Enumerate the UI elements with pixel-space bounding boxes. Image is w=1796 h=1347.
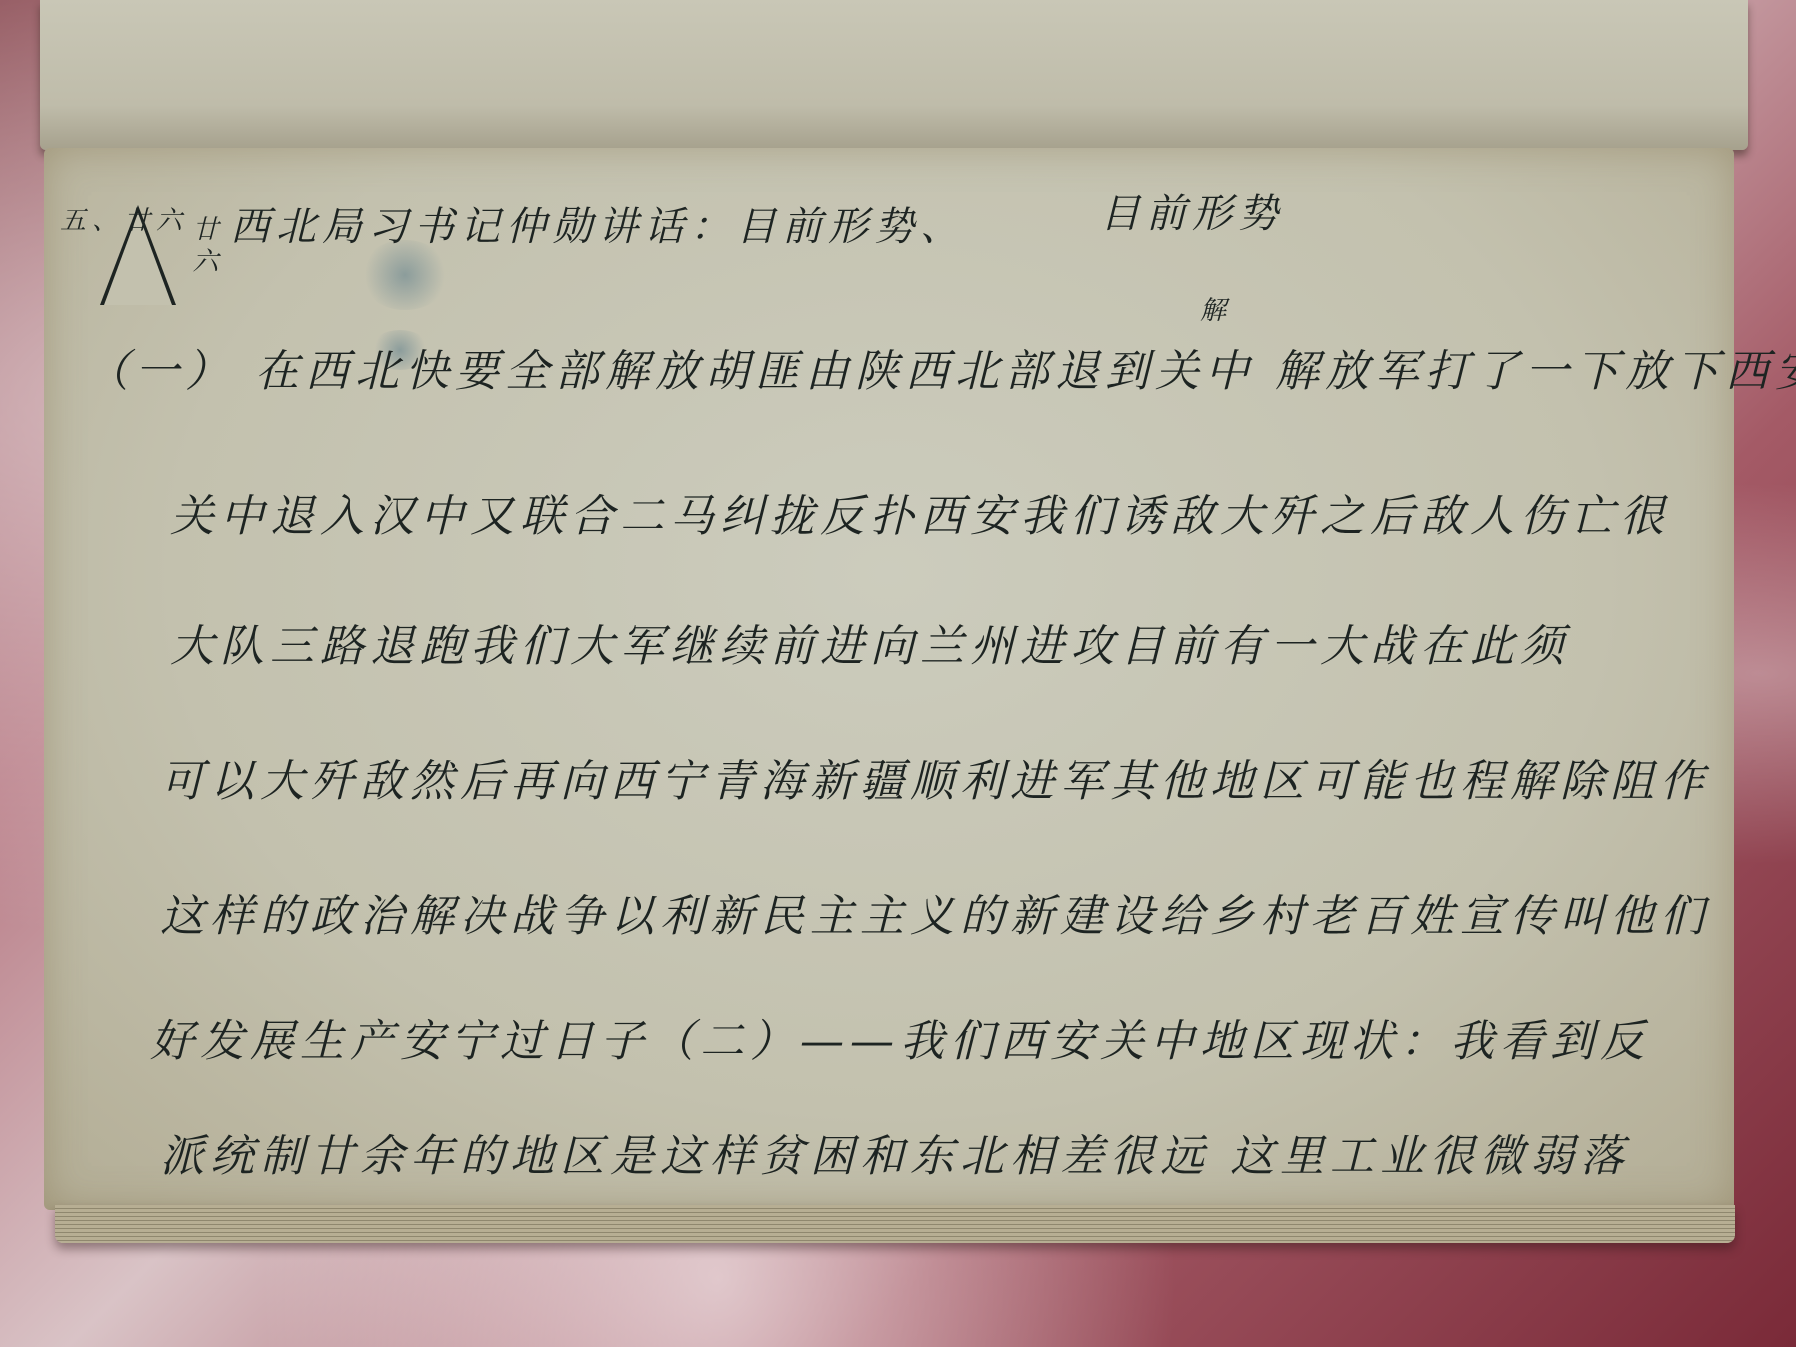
text-line-4: 可以大歼敌然后再向西宁青海新疆顺利进军其他地区可能也程解除阻作	[160, 745, 1710, 809]
inserted-character: 解	[1200, 290, 1232, 327]
upper-page-edge	[40, 0, 1748, 150]
page-title-right: 目前形势	[1100, 182, 1284, 239]
text-line-7: 派统制廿余年的地区是这样贫困和东北相差很远 这里工业很微弱落	[160, 1120, 1630, 1184]
margin-note-top: 五、廿六	[60, 200, 188, 237]
text-line-6: 好发展生产安宁过日子（二）——我们西安关中地区现状：我看到反	[150, 1005, 1650, 1069]
text-line-2: 关中退入汉中又联合二马纠拢反扑西安我们诱敌大歼之后敌人伤亡很	[170, 480, 1670, 544]
text-line-1: （一） 在西北快要全部解放胡匪由陕西北部退到关中 解放军打了一下放下西安	[85, 335, 1796, 399]
page-stack-edge	[55, 1205, 1735, 1243]
text-line-3: 大队三路退跑我们大军继续前进向兰州进攻目前有一大战在此须	[170, 610, 1570, 674]
text-line-5: 这样的政治解决战争以利新民主主义的新建设给乡村老百姓宣传叫他们	[160, 880, 1710, 944]
margin-note-side: 廿六	[185, 215, 222, 279]
page-title: 西北局习书记仲勋讲话：目前形势、	[230, 195, 966, 252]
